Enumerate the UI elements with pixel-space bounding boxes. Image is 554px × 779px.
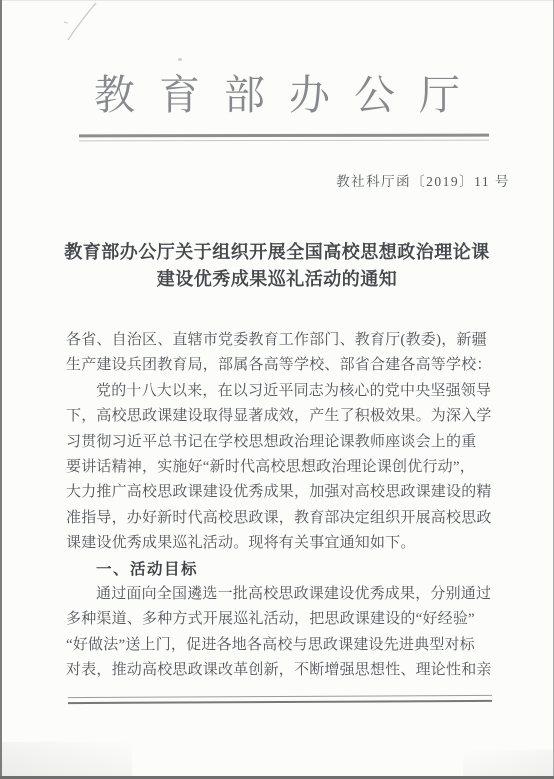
body-line: 习贯彻习近平总书记在学校思想政治理论课教师座谈会上的重 xyxy=(66,430,502,455)
scan-smudge xyxy=(178,58,182,61)
scanned-notice-page: 教育部办公厅 教社科厅函〔2019〕11 号 教育部办公厅关于组织开展全国高校思… xyxy=(0,0,554,779)
document-number: 教社科厅函〔2019〕11 号 xyxy=(336,170,510,190)
body-line: 大力推广高校思政课建设优秀成果，加强对高校思政课建设的精 xyxy=(66,480,502,505)
addressee-line: 各省、自治区、直辖市党委教育工作部门、教育厅(教委)，新疆 xyxy=(66,328,502,353)
document-body: 各省、自治区、直辖市党委教育工作部门、教育厅(教委)，新疆 生产建设兵团教育局，… xyxy=(66,328,502,683)
body-line: 对表，推动高校思政课改革创新，不断增强思想性、理论性和亲 xyxy=(66,658,502,683)
body-line: 党的十八大以来，在以习近平同志为核心的党中央坚强领导 xyxy=(66,379,502,404)
body-line: 课建设优秀成果巡礼活动。现将有关事宜通知如下。 xyxy=(66,531,502,556)
addressee-line: 生产建设兵团教育局，部属各高等学校、部省合建各高等学校： xyxy=(66,353,502,378)
body-line: 下，高校思政课建设取得显著成效，产生了积极效果。为深入学 xyxy=(66,404,502,429)
footer-divider xyxy=(68,695,492,704)
pen-scribble-mark xyxy=(58,0,110,48)
scan-shadow-bottom-left xyxy=(2,742,132,776)
notice-title-line1: 教育部办公厅关于组织开展全国高校思想政治理论课 xyxy=(0,239,554,266)
notice-title: 教育部办公厅关于组织开展全国高校思想政治理论课 建设优秀成果巡礼活动的通知 xyxy=(0,239,554,293)
body-line: 多种渠道、多种方式开展巡礼活动，把思政课建设的“好经验” xyxy=(66,607,502,632)
scan-shadow-bottom-right xyxy=(463,750,553,776)
notice-title-line2: 建设优秀成果巡礼活动的通知 xyxy=(0,266,554,293)
body-line: 要讲话精神，实施好“新时代高校思想政治理论课创优行动”， xyxy=(66,455,502,480)
body-line: 准指导，办好新时代高校思政课，教育部决定组织开展高校思政 xyxy=(66,506,502,531)
issuing-office-name: 教育部办公厅 xyxy=(0,72,554,118)
section-heading-activity-goals: 一、活动目标 xyxy=(66,557,502,582)
letterhead-divider xyxy=(79,134,489,142)
body-line: “好做法”送上门，促进各地各高校与思政课建设先进典型对标 xyxy=(66,633,502,658)
body-line: 通过面向全国遴选一批高校思政课建设优秀成果，分别通过 xyxy=(66,582,502,607)
